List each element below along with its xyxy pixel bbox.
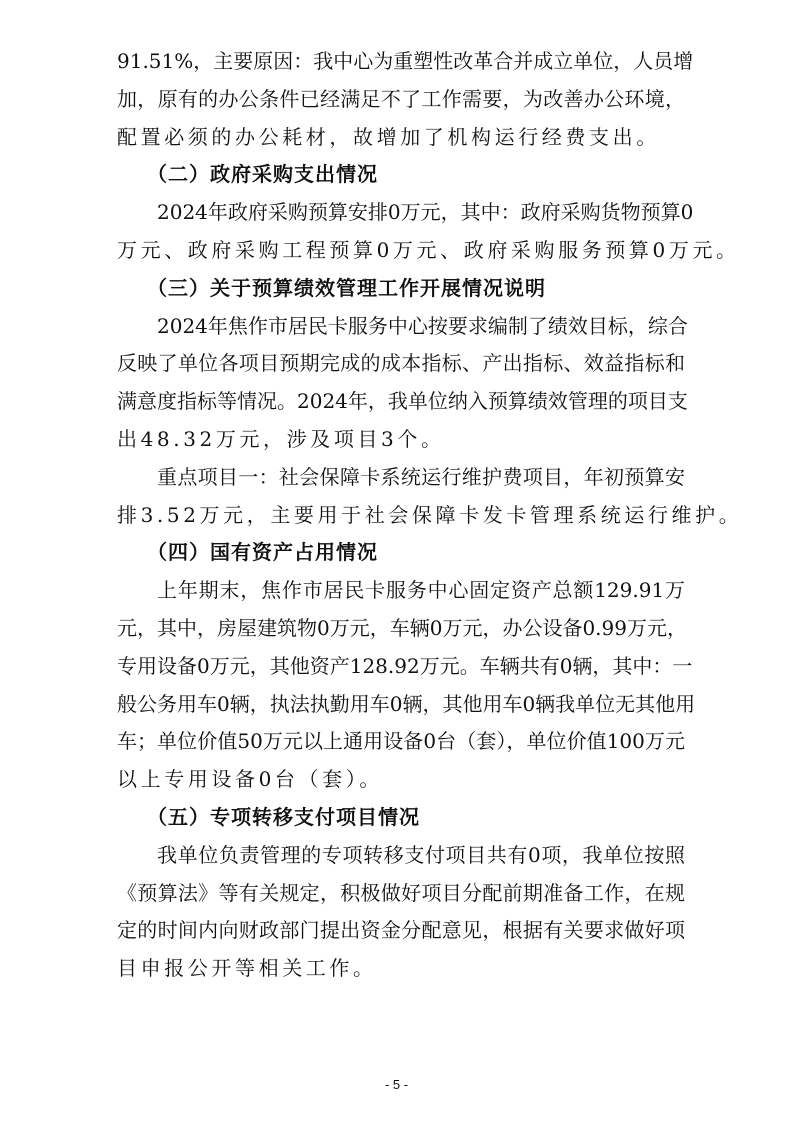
paragraph-line: 反映了单位各项目预期完成的成本指标、产出指标、效益指标和 (117, 345, 685, 383)
paragraph-line: 专用设备0万元，其他资产128.92万元。车辆共有0辆，其中：一 (117, 648, 685, 686)
paragraph-line: 上年期末，焦作市居民卡服务中心固定资产总额129.91万 (117, 572, 685, 610)
paragraph-line: 万元、政府采购工程预算0万元、政府采购服务预算0万元。 (117, 232, 685, 270)
section-heading-state-assets: （四）国有资产占用情况 (117, 534, 685, 572)
paragraph-line: 配置必须的办公耗材，故增加了机构运行经费支出。 (117, 119, 685, 157)
paragraph-line: 目申报公开等相关工作。 (117, 950, 685, 988)
section-heading-performance-management: （三）关于预算绩效管理工作开展情况说明 (117, 270, 685, 308)
paragraph-line: 出48.32万元，涉及项目3个。 (117, 421, 685, 459)
paragraph-line: 车；单位价值50万元以上通用设备0台（套），单位价值100万元 (117, 723, 685, 761)
paragraph-line: 2024年政府采购预算安排0万元，其中：政府采购货物预算0 (117, 194, 685, 232)
paragraph-line: 重点项目一：社会保障卡系统运行维护费项目，年初预算安 (117, 459, 685, 497)
section-heading-special-transfer-payments: （五）专项转移支付项目情况 (117, 799, 685, 837)
page-number: - 5 - (0, 1077, 793, 1092)
paragraph-line: 定的时间内向财政部门提出资金分配意见，根据有关要求做好项 (117, 912, 685, 950)
paragraph-line: 满意度指标等情况。2024年，我单位纳入预算绩效管理的项目支 (117, 383, 685, 421)
paragraph-line: 2024年焦作市居民卡服务中心按要求编制了绩效目标，综合 (117, 308, 685, 346)
document-page-body: 91.51%，主要原因：我中心为重塑性改革合并成立单位，人员增 加，原有的办公条… (117, 43, 685, 988)
section-heading-government-procurement: （二）政府采购支出情况 (117, 156, 685, 194)
paragraph-line: 元，其中，房屋建筑物0万元，车辆0万元，办公设备0.99万元， (117, 610, 685, 648)
paragraph-line: 91.51%，主要原因：我中心为重塑性改革合并成立单位，人员增 (117, 43, 685, 81)
paragraph-line: 排3.52万元，主要用于社会保障卡发卡管理系统运行维护。 (117, 497, 685, 535)
paragraph-line: 以上专用设备0台（套）。 (117, 761, 685, 799)
paragraph-line: 我单位负责管理的专项转移支付项目共有0项，我单位按照 (117, 837, 685, 875)
paragraph-line: 加，原有的办公条件已经满足不了工作需要，为改善办公环境， (117, 81, 685, 119)
paragraph-line: 《预算法》等有关规定，积极做好项目分配前期准备工作，在规 (117, 875, 685, 913)
paragraph-line: 般公务用车0辆，执法执勤用车0辆，其他用车0辆我单位无其他用 (117, 686, 685, 724)
